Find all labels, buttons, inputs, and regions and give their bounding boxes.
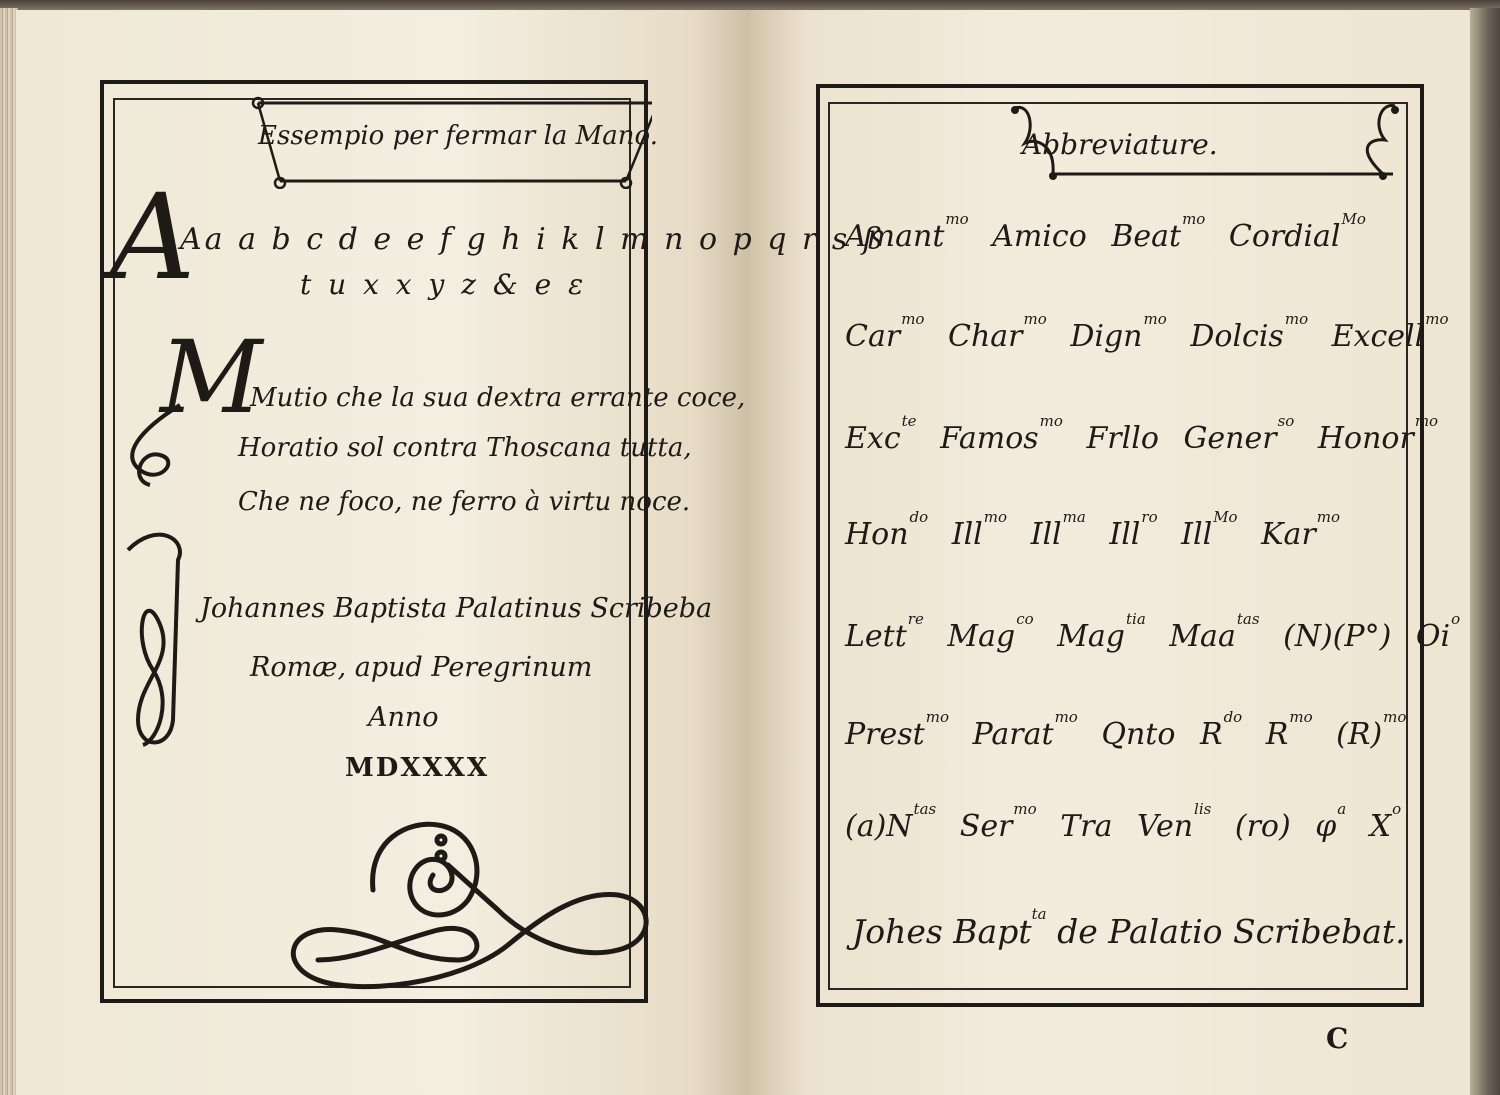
right-page-title: Abbreviature. xyxy=(1022,128,1218,161)
abbreviation-entry: (ro) xyxy=(1235,800,1292,844)
abbreviation-entry: Illmo xyxy=(952,508,1007,552)
abbreviation-entry: Carmo xyxy=(845,310,924,354)
abbreviation-entry: Sermo xyxy=(960,800,1037,844)
abbreviation-row-5: Lettre Magco Magtia Maatas (N)(P°) Oio xyxy=(845,610,1474,654)
abbreviation-entry: Xo xyxy=(1370,800,1401,844)
abbreviation-row-2: Carmo Charmo Dignmo Dolcismo Excellmo xyxy=(845,310,1463,354)
abbreviation-entry: Excellmo xyxy=(1332,310,1449,354)
abbreviation-entry: (a)Ntas xyxy=(845,800,936,844)
signature-mark: C xyxy=(1326,1022,1350,1055)
abbreviation-entry: Venlis xyxy=(1137,800,1211,844)
abbreviation-entry: Rdo xyxy=(1200,708,1242,752)
abbreviation-entry: Amantmo xyxy=(845,210,969,254)
abbreviation-entry: Lettre xyxy=(845,610,924,654)
abbreviation-entry: Honormo xyxy=(1318,412,1438,456)
abbreviation-row-4: Hondo Illmo Illma Illro IllMo Karmo xyxy=(845,508,1354,552)
alphabet-line-1: Aa a b c d e e f g h i k l m n o p q r s… xyxy=(180,222,886,257)
verse-line-3: Che ne foco, ne ferro à virtu noce. xyxy=(238,487,690,517)
abbreviation-entry: Karmo xyxy=(1261,508,1340,552)
abbreviation-entry: Dolcismo xyxy=(1190,310,1308,354)
abbreviation-entry: Magtia xyxy=(1057,610,1146,654)
abbreviation-entry: Prestmo xyxy=(845,708,949,752)
abbreviation-entry: Illro xyxy=(1109,508,1157,552)
abbreviation-row-3: Excte Famosmo Frllo Generso Honormo xyxy=(845,412,1452,456)
colophon-line-3: Anno xyxy=(368,702,439,733)
book-spread: Essempio per fermar la Mano. A Aa a b c … xyxy=(0,0,1500,1095)
abbreviation-entry: (N)(P°) xyxy=(1283,610,1392,654)
colophon-year: MDXXXX xyxy=(345,753,489,783)
abbreviation-entry: Dignmo xyxy=(1070,310,1166,354)
abbreviation-entry: Generso xyxy=(1183,412,1294,456)
verse-initial-flourish-icon xyxy=(120,400,200,490)
abbreviation-entry: CordialMo xyxy=(1229,210,1366,254)
alphabet-line-2: t u x x y z & e ɛ xyxy=(300,268,587,301)
abbreviation-entry: Beatmo xyxy=(1111,210,1205,254)
scribe-signature: Johes Baptta de Palatio Scribebat. xyxy=(852,905,1406,951)
abbreviation-entry: (R)mo xyxy=(1336,708,1406,752)
abbreviation-entry: Rmo xyxy=(1266,708,1313,752)
abbreviation-entry: Qnto xyxy=(1101,708,1176,752)
verse-line-1: Mutio che la sua dextra errante coce, xyxy=(250,383,745,413)
abbreviation-row-7: (a)Ntas Sermo Tra Venlis (ro) φa Xo xyxy=(845,800,1415,844)
abbreviation-entry: Oio xyxy=(1416,610,1460,654)
abbreviation-row-1: Amantmo Amico Beatmo CordialMo xyxy=(845,210,1380,254)
abbreviation-entry: Maatas xyxy=(1169,610,1259,654)
abbreviation-entry: Hondo xyxy=(845,508,928,552)
abbreviation-entry: Famosmo xyxy=(940,412,1063,456)
abbreviation-entry: Charmo xyxy=(948,310,1047,354)
abbreviation-entry: Tra xyxy=(1060,800,1113,844)
abbreviation-entry: Paratmo xyxy=(973,708,1078,752)
abbreviation-entry: IllMo xyxy=(1181,508,1237,552)
colophon-line-1: Johannes Baptista Palatinus Scribeba xyxy=(200,593,712,624)
colophon-initial-flourish-icon xyxy=(118,520,208,760)
abbreviation-entry: Magco xyxy=(947,610,1033,654)
abbreviation-entry: Excte xyxy=(845,412,917,456)
verse-line-2: Horatio sol contra Thoscana tutta, xyxy=(238,433,692,463)
flourish-knot-icon xyxy=(258,800,658,1000)
abbreviation-row-6: Prestmo Paratmo Qnto Rdo Rmo (R)mo xyxy=(845,708,1420,752)
abbreviation-entry: Amico xyxy=(992,210,1088,254)
colophon-line-2: Romæ, apud Peregrinum xyxy=(250,652,592,683)
abbreviation-entry: Frllo xyxy=(1086,412,1159,456)
abbreviation-entry: φa xyxy=(1315,800,1346,844)
left-page-title: Essempio per fermar la Mano. xyxy=(258,121,658,151)
abbreviation-entry: Illma xyxy=(1031,508,1086,552)
